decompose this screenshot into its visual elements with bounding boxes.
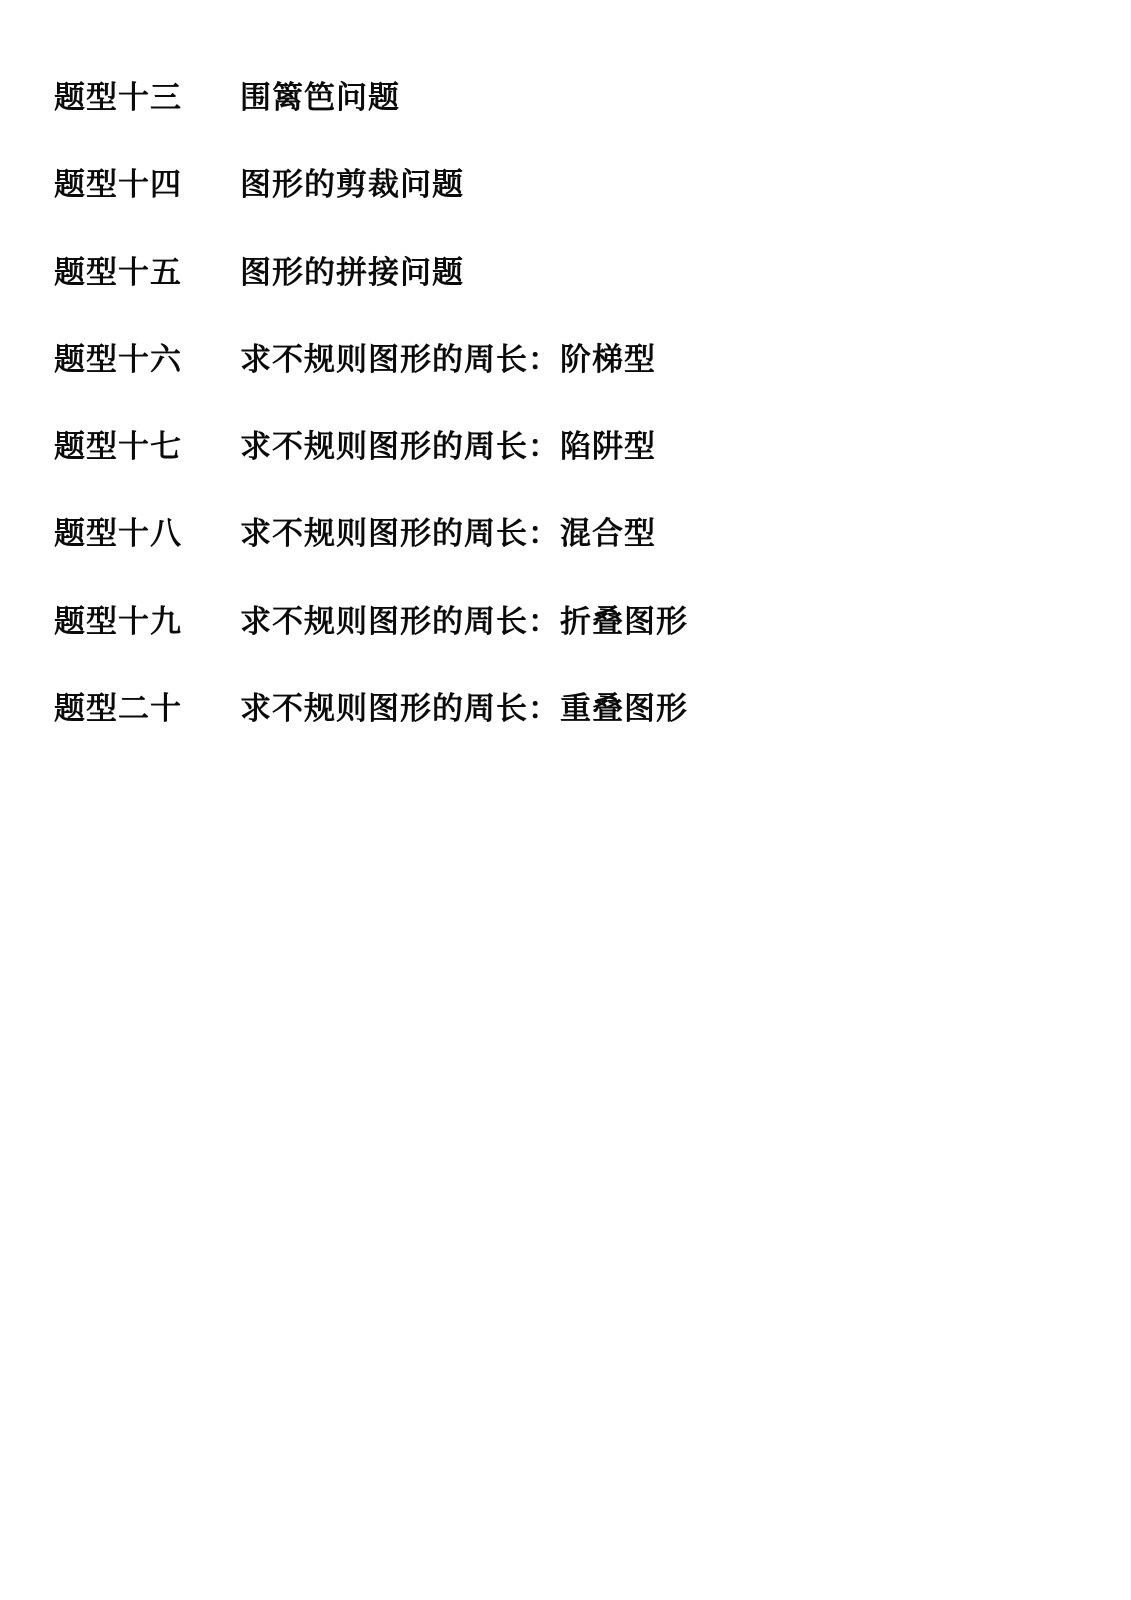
topic-entry-18: 题型十八 求不规则图形的周长：混合型 (54, 514, 688, 601)
topic-title: 求不规则图形的周长：折叠图形 (240, 602, 688, 642)
topic-entry-19: 题型十九 求不规则图形的周长：折叠图形 (54, 602, 688, 689)
topic-title: 图形的剪裁问题 (240, 165, 464, 205)
topic-number: 题型十三 (54, 78, 240, 118)
topic-number: 题型十九 (54, 602, 240, 642)
topic-entry-13: 题型十三 围篱笆问题 (54, 78, 688, 165)
topic-title: 求不规则图形的周长：阶梯型 (240, 340, 656, 380)
topic-title: 图形的拼接问题 (240, 253, 464, 293)
topic-title: 求不规则图形的周长：陷阱型 (240, 427, 656, 467)
topic-number: 题型十四 (54, 165, 240, 205)
topic-title: 围篱笆问题 (240, 78, 400, 118)
topic-entry-15: 题型十五 图形的拼接问题 (54, 253, 688, 340)
topic-number: 题型十五 (54, 253, 240, 293)
topic-number: 题型十八 (54, 514, 240, 554)
topic-number: 题型十六 (54, 340, 240, 380)
topic-title: 求不规则图形的周长：混合型 (240, 514, 656, 554)
topic-list: 题型十三 围篱笆问题 题型十四 图形的剪裁问题 题型十五 图形的拼接问题 题型十… (54, 78, 688, 776)
topic-number: 题型十七 (54, 427, 240, 467)
topic-entry-14: 题型十四 图形的剪裁问题 (54, 165, 688, 252)
topic-entry-20: 题型二十 求不规则图形的周长：重叠图形 (54, 689, 688, 776)
topic-entry-16: 题型十六 求不规则图形的周长：阶梯型 (54, 340, 688, 427)
topic-entry-17: 题型十七 求不规则图形的周长：陷阱型 (54, 427, 688, 514)
topic-title: 求不规则图形的周长：重叠图形 (240, 689, 688, 729)
topic-number: 题型二十 (54, 689, 240, 729)
